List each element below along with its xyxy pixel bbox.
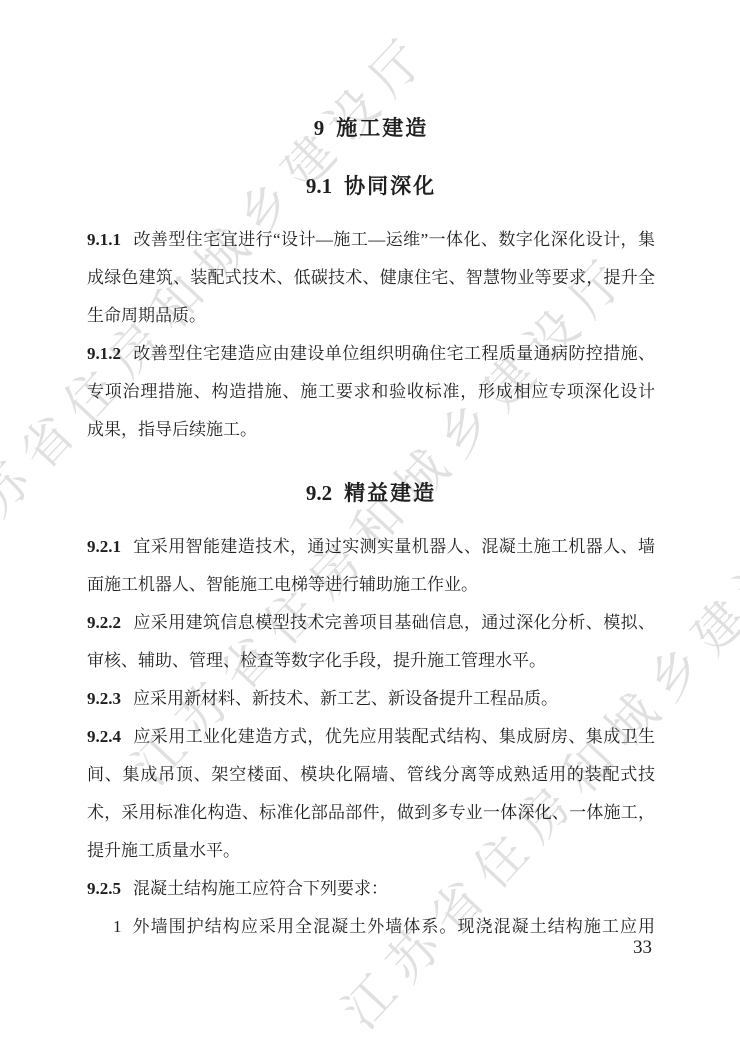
list-item-text: 外墙围护结构应采用全混凝土外墙体系。现浇混凝土结构施工应用 [132,917,656,936]
clause-9-1-1: 9.1.1改善型住宅宜进行“设计—施工—运维”一体化、数字化深化设计，集 成绿色… [87,221,655,335]
clause-text: 改善型住宅宜进行“设计—施工—运维”一体化、数字化深化设计，集 [133,230,655,249]
clause-number: 9.2.2 [87,613,121,632]
clause-text: 应采用工业化建造方式，优先应用装配式结构、集成厨房、集成卫生 [133,727,655,746]
clause-number: 9.1.2 [87,344,121,363]
clause-line: 9.1.2改善型住宅建造应由建设单位组织明确住宅工程质量通病防控措施、 [87,335,655,373]
list-item-number: 1 [113,917,122,936]
clause-line: 9.1.1改善型住宅宜进行“设计—施工—运维”一体化、数字化深化设计，集 [87,221,655,259]
clause-line: 间、集成吊顶、架空楼面、模块化隔墙、管线分离等成熟适用的装配式技 [87,756,655,794]
section-number: 9.2 [306,481,332,505]
clause-line: 生命周期品质。 [87,297,655,335]
clause-line: 成果，指导后续施工。 [87,411,655,449]
clause-9-2-4: 9.2.4应采用工业化建造方式，优先应用装配式结构、集成厨房、集成卫生 间、集成… [87,718,655,870]
clause-line: 成绿色建筑、装配式技术、低碳技术、健康住宅、智慧物业等要求，提升全 [87,259,655,297]
page-content: 9施工建造 9.1协同深化 9.1.1改善型住宅宜进行“设计—施工—运维”一体化… [0,0,740,946]
clause-9-2-2: 9.2.2应采用建筑信息模型技术完善项目基础信息，通过深化分析、模拟、 审核、辅… [87,604,655,680]
section-title: 精益建造 [344,482,436,505]
clause-text: 应采用新材料、新技术、新工艺、新设备提升工程品质。 [133,689,558,708]
section-body-9-1: 9.1.1改善型住宅宜进行“设计—施工—运维”一体化、数字化深化设计，集 成绿色… [87,221,655,449]
clause-line: 审核、辅助、管理、检查等数字化手段，提升施工管理水平。 [87,642,655,680]
section-number: 9.1 [306,174,332,198]
clause-line: 术，采用标准化构造、标准化部品部件，做到多专业一体深化、一体施工， [87,794,655,832]
clause-9-1-2: 9.1.2改善型住宅建造应由建设单位组织明确住宅工程质量通病防控措施、 专项治理… [87,335,655,449]
clause-9-2-5: 9.2.5混凝土结构施工应符合下列要求： 1外墙围护结构应采用全混凝土外墙体系。… [87,870,655,946]
clause-number: 9.2.5 [87,879,121,898]
section-body-9-2: 9.2.1宜采用智能建造技术，通过实测实量机器人、混凝土施工机器人、墙 面施工机… [87,528,655,946]
section-heading-9-1: 9.1协同深化 [87,174,655,199]
clause-line: 面施工机器人、智能施工电梯等进行辅助施工作业。 [87,566,655,604]
clause-text: 应采用建筑信息模型技术完善项目基础信息，通过深化分析、模拟、 [133,613,655,632]
clause-line: 9.2.5混凝土结构施工应符合下列要求： [87,870,655,908]
clause-number: 9.2.4 [87,727,121,746]
clause-9-2-1: 9.2.1宜采用智能建造技术，通过实测实量机器人、混凝土施工机器人、墙 面施工机… [87,528,655,604]
document-page: 江苏省住房和城乡建设厅 江苏省住房和城乡建设厅 江苏省住房和城乡建设厅 9施工建… [0,0,740,1046]
clause-number: 9.1.1 [87,230,121,249]
clause-number: 9.2.1 [87,537,121,556]
clause-text: 混凝土结构施工应符合下列要求： [133,879,388,898]
clause-line: 专项治理措施、构造措施、施工要求和验收标准，形成相应专项深化设计 [87,373,655,411]
section-title: 协同深化 [344,175,436,198]
clause-line: 9.2.2应采用建筑信息模型技术完善项目基础信息，通过深化分析、模拟、 [87,604,655,642]
chapter-number: 9 [314,116,325,140]
clause-line: 提升施工质量水平。 [87,832,655,870]
clause-number: 9.2.3 [87,689,121,708]
clause-line: 9.2.1宜采用智能建造技术，通过实测实量机器人、混凝土施工机器人、墙 [87,528,655,566]
clause-line: 9.2.3应采用新材料、新技术、新工艺、新设备提升工程品质。 [87,680,655,718]
section-heading-9-2: 9.2精益建造 [87,481,655,506]
page-number: 33 [633,936,652,960]
clause-line: 9.2.4应采用工业化建造方式，优先应用装配式结构、集成厨房、集成卫生 [87,718,655,756]
clause-9-2-3: 9.2.3应采用新材料、新技术、新工艺、新设备提升工程品质。 [87,680,655,718]
chapter-title: 施工建造 [336,117,428,140]
clause-text: 宜采用智能建造技术，通过实测实量机器人、混凝土施工机器人、墙 [133,537,655,556]
clause-text: 改善型住宅建造应由建设单位组织明确住宅工程质量通病防控措施、 [133,344,655,363]
chapter-heading: 9施工建造 [87,116,655,141]
list-item: 1外墙围护结构应采用全混凝土外墙体系。现浇混凝土结构施工应用 [87,908,655,946]
